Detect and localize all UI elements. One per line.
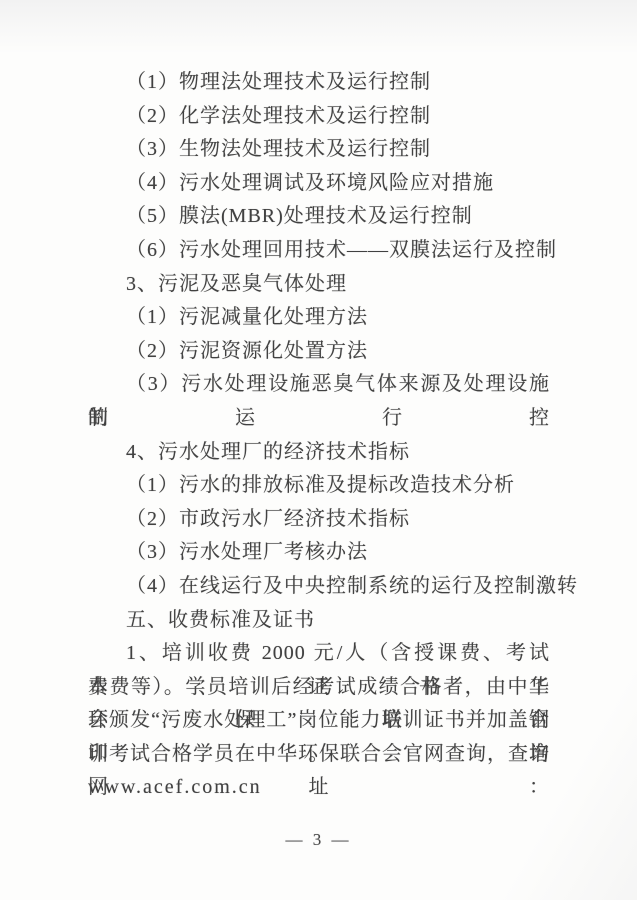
list-item-line: （5）膜法(MBR)处理技术及运行控制 <box>88 200 550 234</box>
list-item-line: （3）污水处理设施恶臭气体来源及处理设施的运行控 <box>88 368 550 402</box>
list-item-line: （3）生物法处理技术及运行控制 <box>88 133 550 167</box>
section-heading-line: 五、收费标准及证书 <box>88 604 550 638</box>
list-item-line: （4）污水处理调试及环境风险应对措施 <box>88 167 550 201</box>
section-heading-line: 3、污泥及恶臭气体处理 <box>88 268 550 302</box>
list-item-line: （1）污水的排放标准及提标改造技术分析 <box>88 469 550 503</box>
list-item-line: （2）污泥资源化处置方法 <box>88 335 550 369</box>
list-item-line: （3）污水处理厂考核办法 <box>88 536 550 570</box>
document-body: （1）物理法处理技术及运行控制 （2）化学法处理技术及运行控制 （3）生物法处理… <box>88 66 550 805</box>
paragraph-line: 会颁发“污废水处理工”岗位能力培训证书并加盖钢印。培 <box>88 704 550 738</box>
list-item-line: （1）污泥减量化处理方法 <box>88 301 550 335</box>
document-page: （1）物理法处理技术及运行控制 （2）化学法处理技术及运行控制 （3）生物法处理… <box>0 0 637 900</box>
paragraph-line: 本费等）。学员培训后经考试成绩合格者，由中华环保联合 <box>88 671 550 705</box>
section-heading-line: 4、污水处理厂的经济技术指标 <box>88 436 550 470</box>
list-item-line: （6）污水处理回用技术——双膜法运行及控制 <box>88 234 550 268</box>
list-item-line: （2）化学法处理技术及运行控制 <box>88 100 550 134</box>
paragraph-line: 训考试合格学员在中华环保联合会官网查询，查询网址： <box>88 738 550 772</box>
paragraph-line: 1、培训收费 2000 元/人（含授课费、考试费、证书工 <box>88 637 550 671</box>
page-number: — 3 — <box>0 830 637 850</box>
list-item-line: （4）在线运行及中央控制系统的运行及控制激转 <box>88 570 550 604</box>
list-item-line: （2）市政污水厂经济技术指标 <box>88 503 550 537</box>
list-item-line: （1）物理法处理技术及运行控制 <box>88 66 550 100</box>
